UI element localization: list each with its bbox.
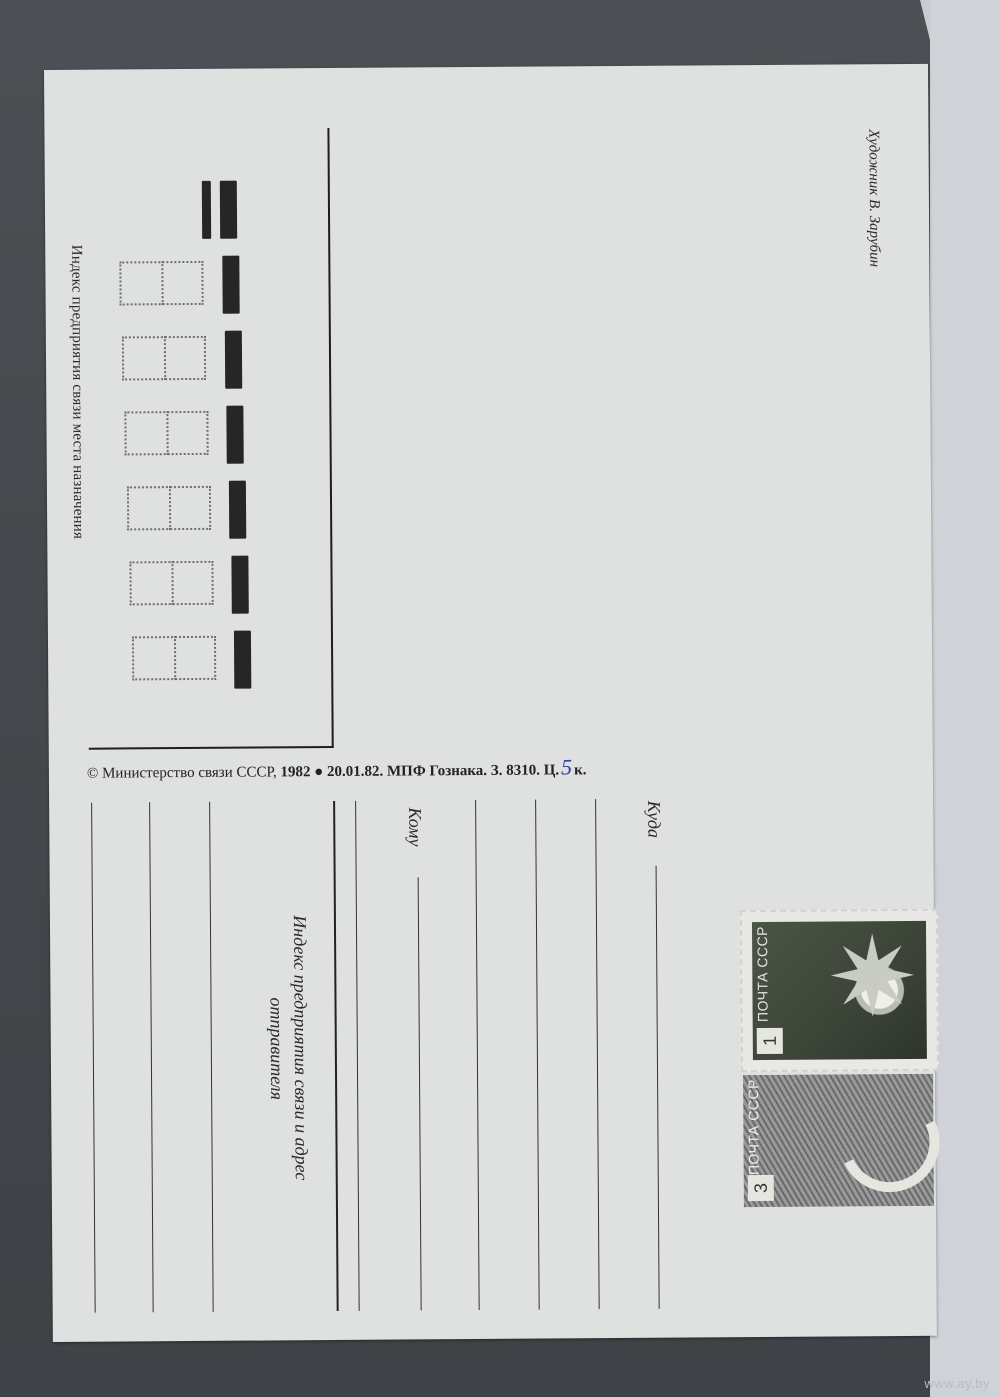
recipient-address-line[interactable] (595, 799, 600, 1309)
copyright-icon: © (87, 766, 99, 782)
sender-address-line[interactable] (91, 803, 96, 1313)
imprint-publisher: Министерство связи СССР, (102, 764, 277, 781)
to-whom-label: Кому (404, 807, 425, 846)
stamp-value: 1 (757, 1028, 783, 1054)
order-star-icon (834, 945, 925, 1036)
index-digit-box-1[interactable] (119, 261, 203, 306)
control-bar (229, 481, 246, 539)
sender-label-line2: отправителя (266, 997, 287, 1100)
control-bar-small (202, 181, 211, 239)
index-frame-horizontal-line (89, 746, 334, 750)
index-digit-box-2[interactable] (122, 336, 206, 381)
sender-address-line[interactable] (209, 802, 214, 1312)
sender-divider-line (333, 801, 339, 1311)
artist-credit: Художник В. Зарубин (864, 129, 882, 267)
sender-address-label: Индекс предприятия связи и адрес отправи… (263, 813, 314, 1283)
recipient-address-line[interactable] (535, 800, 540, 1310)
recipient-address-line[interactable] (355, 801, 360, 1311)
stamp-country-text: ПОЧТА СССР (754, 926, 771, 1022)
where-label: Куда (643, 801, 664, 838)
postcard: Художник В. Зарубин Индекс предприятия с… (44, 64, 937, 1342)
to-whom-line[interactable] (418, 877, 422, 1310)
control-bar (231, 556, 248, 614)
stamp-value: 3 (748, 1175, 774, 1201)
hammer-sickle-icon (826, 1078, 954, 1206)
control-bar (222, 256, 239, 314)
control-bar (225, 331, 242, 389)
stamp-3-kopeck: ПОЧТА СССР 3 (743, 1074, 934, 1207)
recipient-address-line[interactable] (475, 800, 480, 1310)
sender-label-line1: Индекс предприятия связи и адрес (290, 916, 312, 1181)
index-digit-box-5[interactable] (129, 561, 213, 606)
publisher-imprint: © Министерство связи СССР, 1982 ● 20.01.… (87, 754, 587, 783)
destination-index-label: Индекс предприятия связи места назначени… (67, 245, 86, 539)
control-bar (234, 631, 251, 689)
index-digit-box-3[interactable] (124, 411, 208, 456)
index-digit-box-6[interactable] (132, 636, 216, 681)
imprint-details: 20.01.82. МПФ Гознака. З. 8310. Ц. (327, 762, 559, 780)
control-bar (220, 181, 237, 239)
sender-address-line[interactable] (149, 802, 154, 1312)
background-wall (930, 0, 1000, 1397)
imprint-year: 1982 (280, 764, 310, 780)
site-watermark: www.ay.by (924, 1376, 990, 1391)
index-frame-vertical-line (327, 128, 333, 748)
bullet-icon: ● (314, 764, 323, 780)
where-line[interactable] (656, 866, 660, 1309)
control-bar (226, 406, 243, 464)
index-digit-box-4[interactable] (127, 486, 211, 531)
stamp-1-kopeck: ПОЧТА СССР 1 (740, 909, 939, 1072)
handwritten-price: 5 (561, 754, 572, 779)
stamp-country-text: ПОЧТА СССР (745, 1079, 762, 1175)
price-unit: к. (574, 762, 587, 778)
